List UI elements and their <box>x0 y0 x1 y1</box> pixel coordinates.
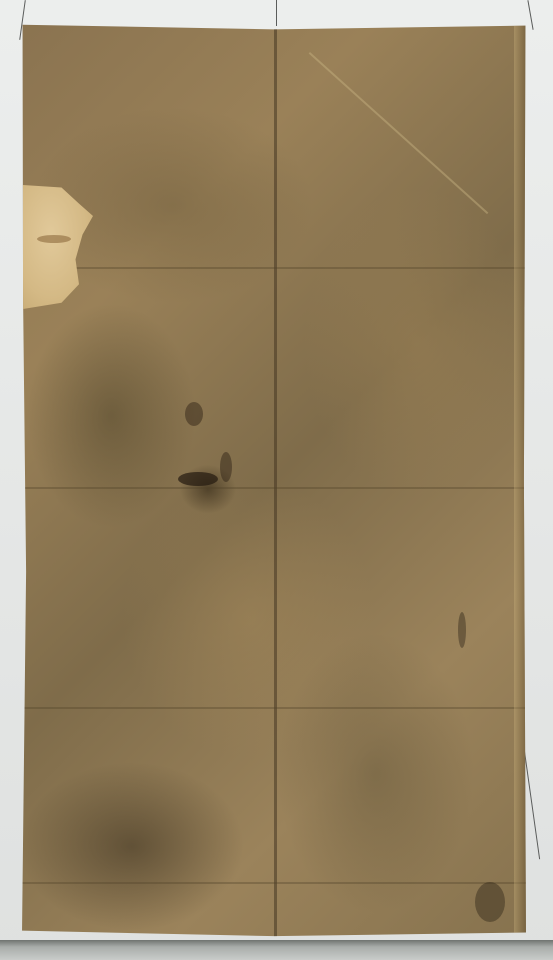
patch-mark <box>37 235 71 243</box>
floor-strip <box>0 940 553 960</box>
stained-cloth <box>20 22 528 938</box>
fold-line <box>20 707 528 709</box>
dark-stain <box>475 882 505 922</box>
fold-line <box>20 487 528 489</box>
hanging-wire-center <box>276 0 277 26</box>
right-edge <box>514 22 528 938</box>
fold-line <box>20 267 528 269</box>
dark-stain <box>458 612 466 648</box>
dark-stain <box>220 452 232 482</box>
light-patch <box>23 185 93 309</box>
photo-scene <box>0 0 553 960</box>
center-seam <box>274 22 277 938</box>
fold-line <box>20 882 528 884</box>
hanging-wire-right <box>527 0 533 30</box>
dark-stain <box>178 472 218 486</box>
dark-stain <box>185 402 203 426</box>
diagonal-crease <box>309 52 489 214</box>
